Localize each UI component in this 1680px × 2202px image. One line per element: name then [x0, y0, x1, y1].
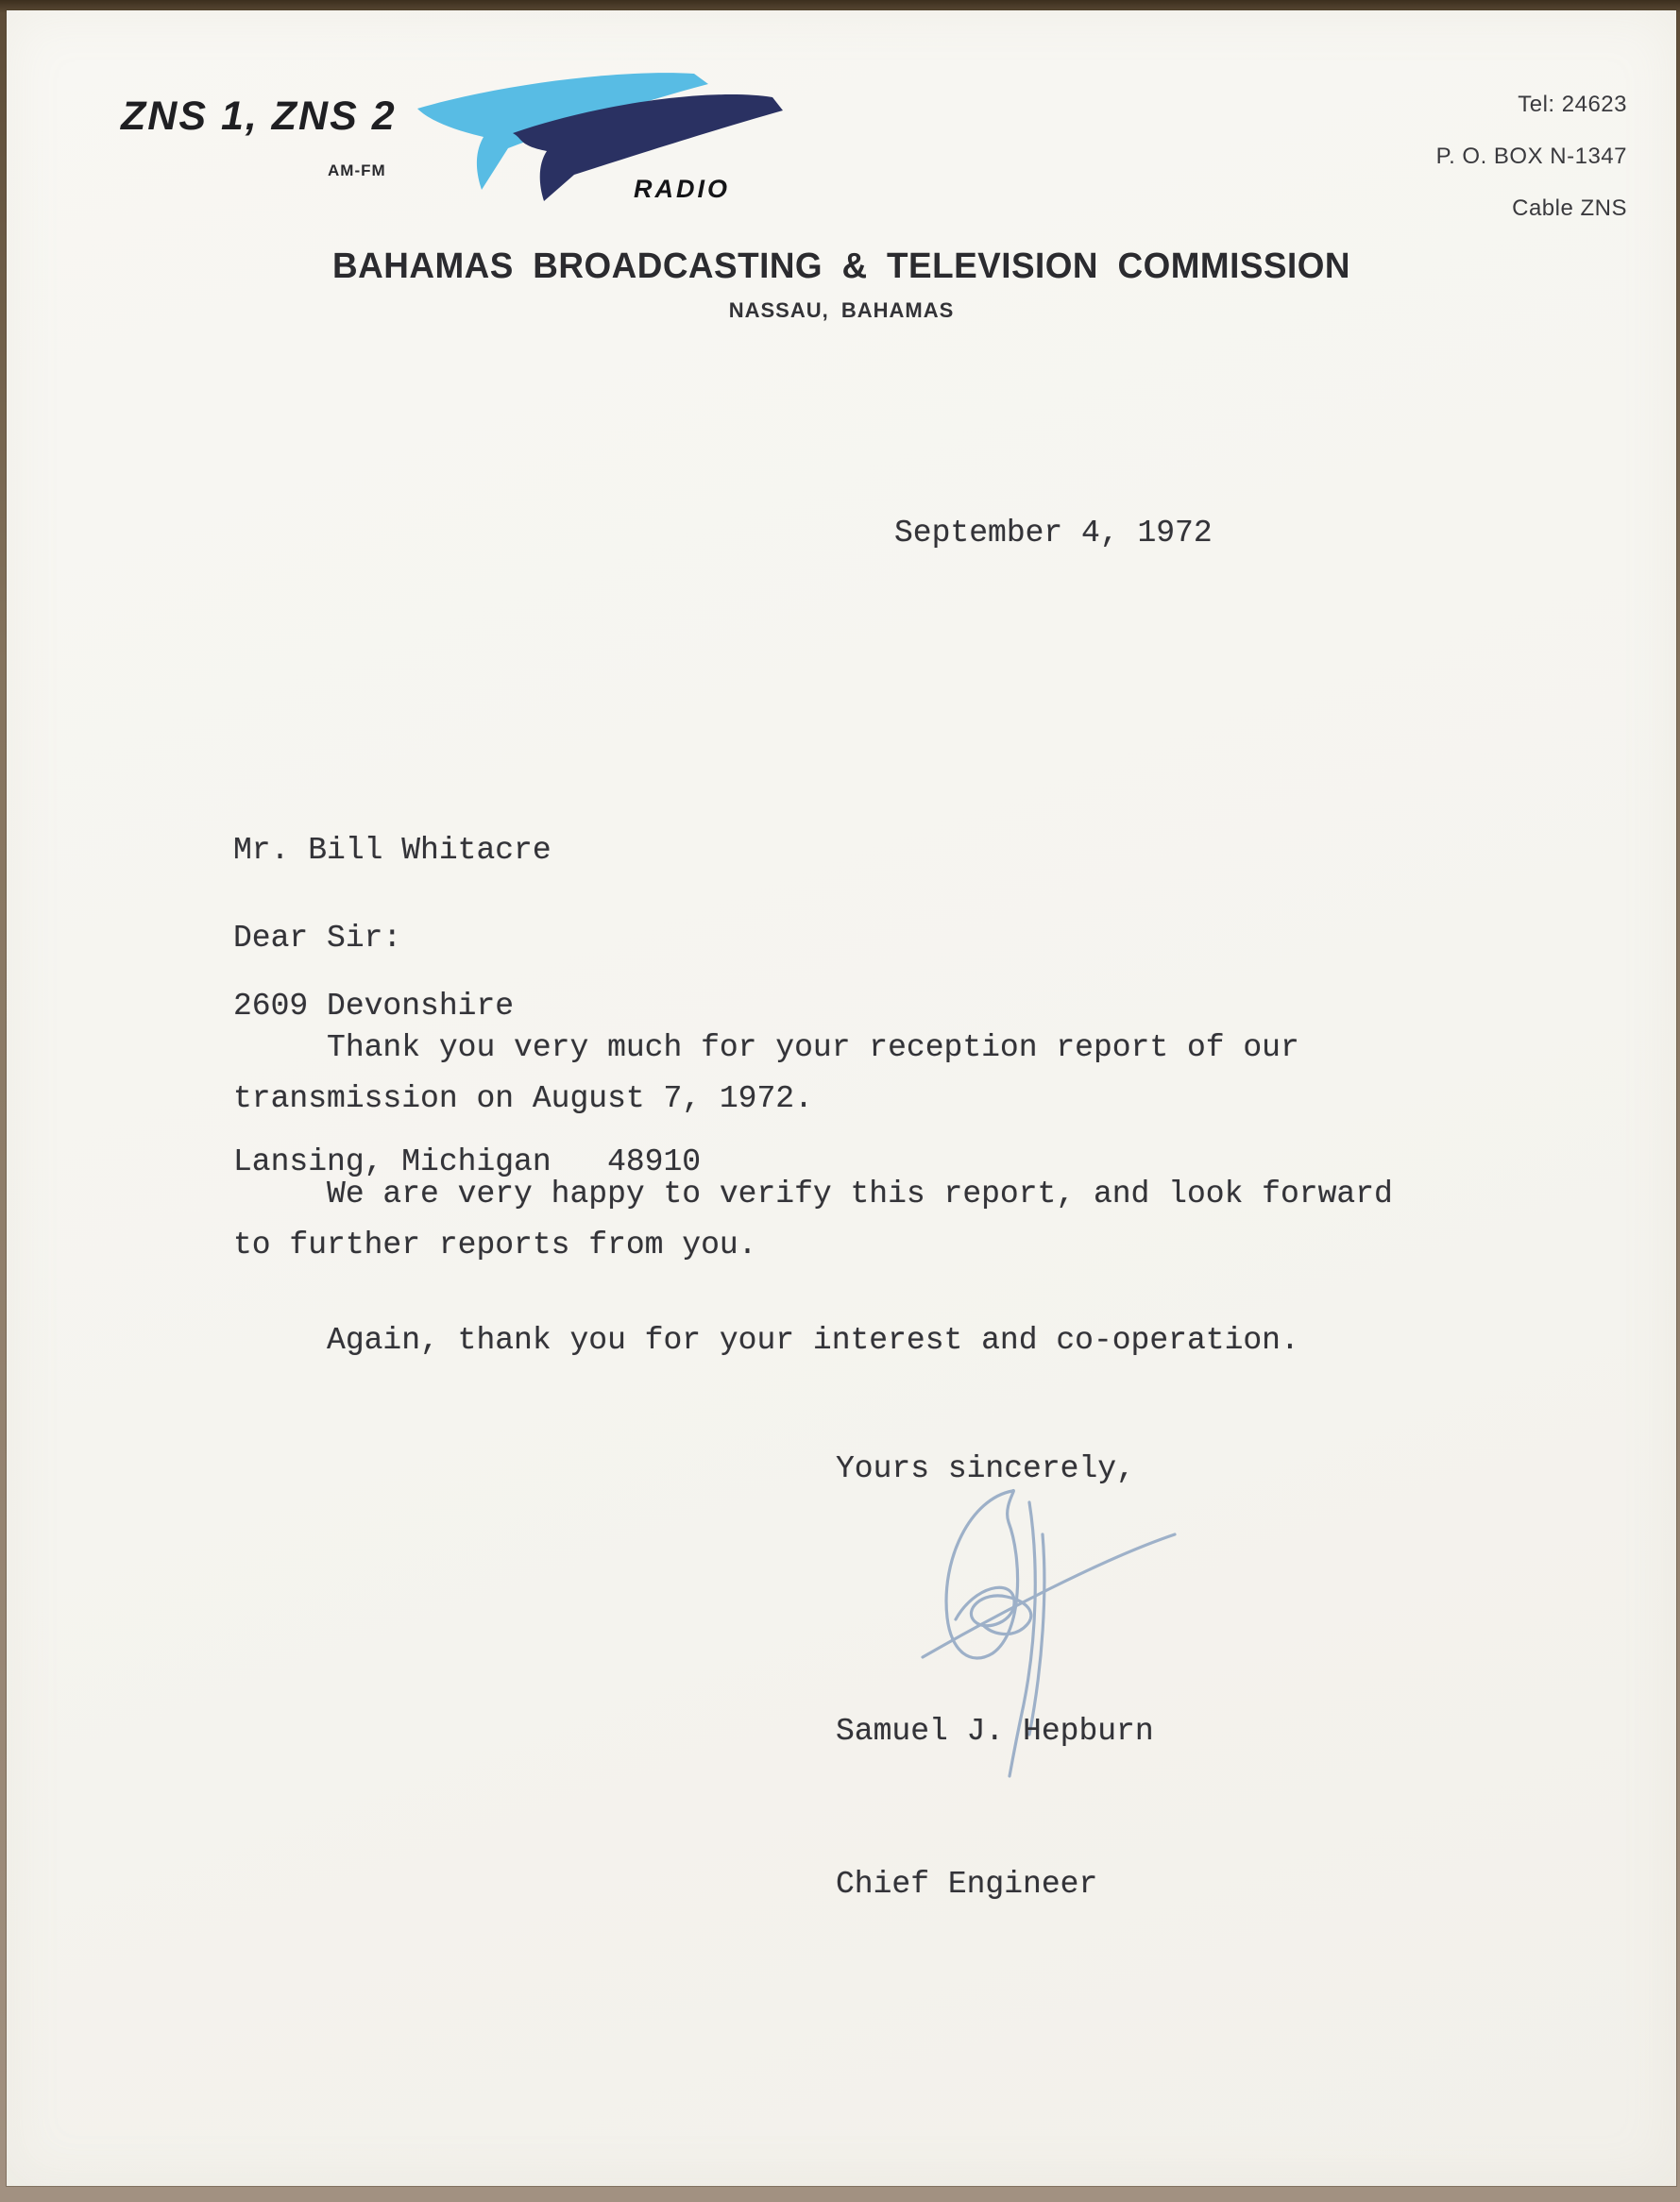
- contact-po-box: P. O. BOX N-1347: [1436, 130, 1627, 182]
- organization-location: NASSAU, BAHAMAS: [7, 298, 1676, 323]
- organization-name: BAHAMAS BROADCASTING & TELEVISION COMMIS…: [32, 246, 1652, 287]
- signer-name: Samuel J. Hepburn: [836, 1706, 1154, 1757]
- paragraph-1: Thank you very much for your reception r…: [233, 1023, 1299, 1125]
- band-label: AM-FM: [328, 161, 386, 180]
- salutation: Dear Sir:: [233, 921, 401, 956]
- zns-arrows-logo-icon: [406, 63, 789, 203]
- paragraph-2: We are very happy to verify this report,…: [233, 1169, 1393, 1271]
- signature-block: Samuel J. Hepburn Chief Engineer: [836, 1604, 1154, 2012]
- contact-cable: Cable ZNS: [1436, 182, 1627, 234]
- letter-page: ZNS 1, ZNS 2 AM-FM RADIO Tel: 24623 P. O…: [7, 10, 1676, 2186]
- contact-tel: Tel: 24623: [1436, 78, 1627, 130]
- contact-block: Tel: 24623 P. O. BOX N-1347 Cable ZNS: [1436, 78, 1627, 234]
- signer-title: Chief Engineer: [836, 1859, 1154, 1910]
- radio-label: RADIO: [634, 175, 730, 204]
- recipient-name: Mr. Bill Whitacre: [233, 824, 701, 876]
- letter-date: September 4, 1972: [894, 516, 1213, 550]
- station-callsigns: ZNS 1, ZNS 2: [121, 93, 397, 140]
- paragraph-3: Again, thank you for your interest and c…: [233, 1315, 1299, 1366]
